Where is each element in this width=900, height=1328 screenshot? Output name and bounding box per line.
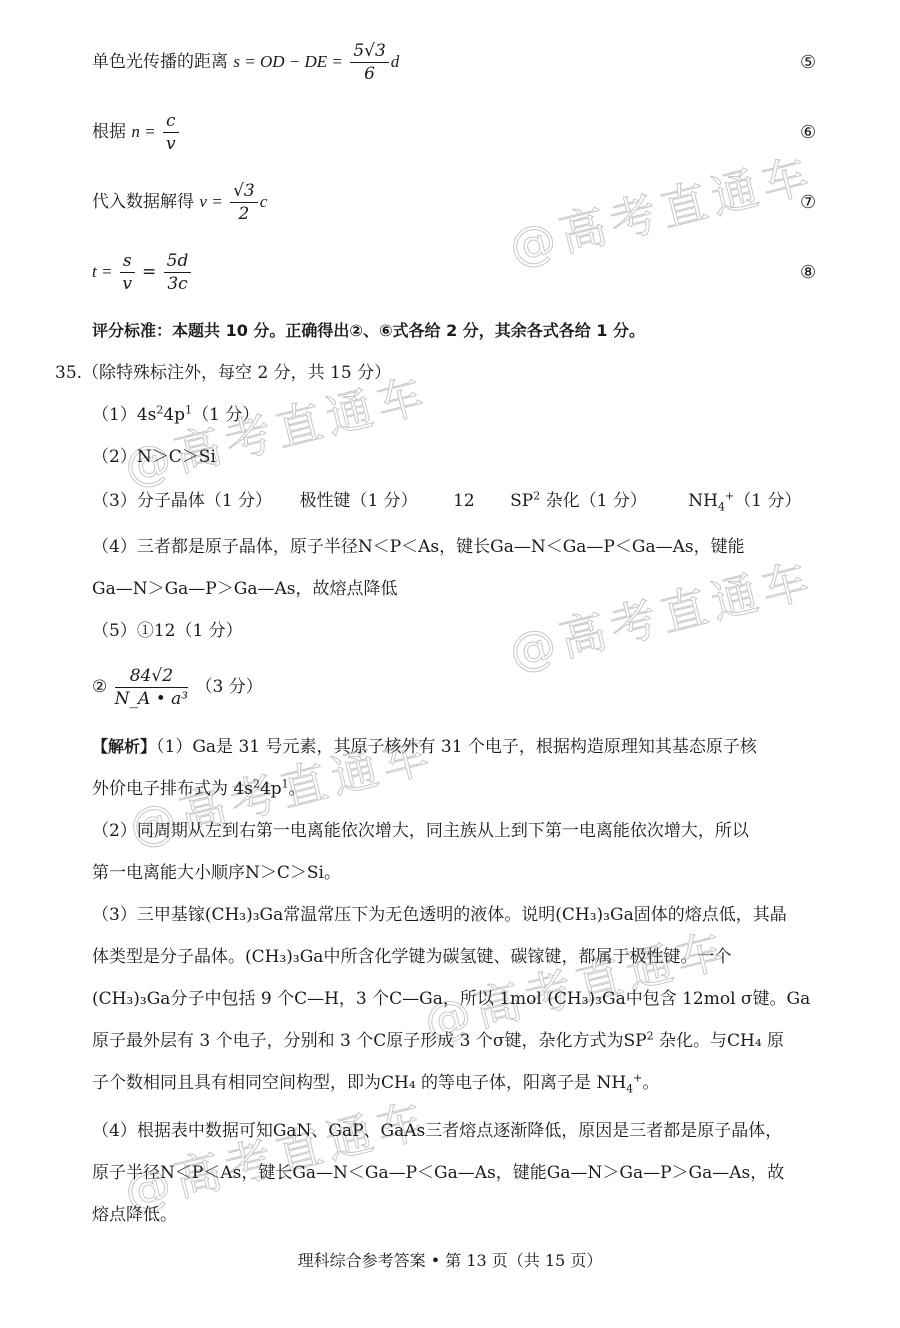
watermark: @高考直通车 (502, 138, 821, 278)
eq-suffix: d (391, 52, 400, 71)
text: （3 分） (196, 677, 263, 697)
fraction: 5√36 (350, 40, 388, 85)
text: 原子最外层有 3 个电子，分别和 3 个C原子形成 3 个σ键，杂化方式为SP (92, 1031, 647, 1051)
question-35-header: 35.（除特殊标注外，每空 2 分，共 15 分） (55, 362, 391, 384)
equation-label: ⑦ (800, 192, 816, 213)
analysis-line-7: (CH₃)₃Ga分子中包括 9 个C—H，3 个C—Ga，所以 1mol (CH… (92, 988, 810, 1010)
superscript: 1 (185, 403, 192, 416)
eq-suffix: c (260, 192, 268, 211)
eq-lhs: n = (131, 122, 155, 141)
answer-3: （3）分子晶体（1 分） 极性键（1 分） 12 SP2 杂化（1 分） NH4… (92, 490, 801, 512)
denominator: v (120, 273, 135, 295)
analysis-line-8: 原子最外层有 3 个电子，分别和 3 个C原子形成 3 个σ键，杂化方式为SP2… (92, 1030, 784, 1052)
numerator: 5d (164, 250, 192, 273)
denominator: v (163, 133, 179, 155)
text: 杂化（1 分） (540, 491, 647, 511)
analysis-line-4: 第一电离能大小顺序N＞C＞Si。 (92, 862, 341, 884)
equation-6: 根据 n = cv (92, 110, 181, 155)
equation-label: ⑤ (800, 52, 816, 73)
grading-criteria: 评分标准：本题共 10 分。正确得出②、⑥式各给 2 分，其余各式各给 1 分。 (92, 320, 645, 342)
numerator: c (163, 110, 179, 133)
eq-lhs: s = OD − DE = (233, 52, 343, 71)
eq-text: 代入数据解得 (92, 192, 194, 212)
numerator: √3 (230, 180, 258, 203)
fraction: cv (163, 110, 179, 155)
text: （3）分子晶体（1 分） (92, 491, 272, 511)
text: 。 (289, 779, 306, 799)
text: 。 (642, 1073, 659, 1093)
fraction: 84√2N_A • a³ (115, 665, 188, 710)
numerator: 84√2 (115, 665, 188, 688)
analysis-line-12: 熔点降低。 (92, 1204, 177, 1226)
text: （1）Ga是 31 号元素，其原子核外有 31 个电子，根据构造原理知其基态原子… (156, 737, 757, 757)
analysis-line-3: （2）同周期从左到右第一电离能依次增大，同主族从上到下第一电离能依次增大，所以 (92, 820, 749, 842)
analysis-line-1: 【解析】（1）Ga是 31 号元素，其原子核外有 31 个电子，根据构造原理知其… (92, 736, 757, 758)
eq-lhs: t = (92, 262, 112, 281)
equation-label: ⑧ (800, 262, 816, 283)
analysis-line-9: 子个数相同且具有相同空间构型，即为CH₄ 的等电子体，阳离子是 NH4+。 (92, 1072, 659, 1094)
text: 12 (453, 491, 475, 511)
answer-5-1: （5）①12（1 分） (92, 620, 243, 642)
analysis-line-10: （4）根据表中数据可知GaN、GaP、GaAs三者熔点逐渐降低，原因是三者都是原… (92, 1120, 782, 1142)
text: NH (688, 491, 718, 511)
text: 极性键（1 分） (299, 491, 417, 511)
text: 4p (163, 405, 185, 425)
text: 杂化。与CH₄ 原 (654, 1031, 784, 1051)
superscript: + (725, 489, 734, 502)
fraction: 5d3c (164, 250, 192, 295)
analysis-tag: 【解析】 (92, 737, 156, 756)
denominator: 2 (230, 203, 258, 225)
equation-7: 代入数据解得 v = √32c (92, 180, 267, 225)
subscript: 4 (718, 500, 725, 513)
watermark: @高考直通车 (502, 543, 821, 683)
superscript: 2 (253, 777, 260, 790)
text: （1 分） (734, 491, 801, 511)
text: SP (510, 491, 533, 511)
eq-lhs: v = (199, 192, 222, 211)
answer-5-2: ② 84√2N_A • a³ （3 分） (92, 665, 263, 710)
analysis-line-11: 原子半径N＜P＜As，键长Ga—N＜Ga—P＜Ga—As，键能Ga—N＞Ga—P… (92, 1162, 784, 1184)
text: 子个数相同且具有相同空间构型，即为CH₄ 的等电子体，阳离子是 NH (92, 1073, 626, 1093)
watermark: @高考直通车 (117, 1083, 436, 1223)
equals: = (142, 262, 156, 282)
page-footer: 理科综合参考答案 • 第 13 页（共 15 页） (0, 1248, 900, 1271)
denominator: 3c (164, 273, 192, 295)
equation-label: ⑥ (800, 122, 816, 143)
numerator: s (120, 250, 135, 273)
answer-1: （1）4s24p1（1 分） (92, 404, 259, 426)
superscript: 2 (647, 1029, 654, 1042)
numerator: 5√3 (350, 40, 388, 63)
fraction: √32 (230, 180, 258, 225)
answer-2: （2）N＞C＞Si (92, 446, 216, 468)
equation-5: 单色光传播的距离 s = OD − DE = 5√36d (92, 40, 399, 85)
analysis-line-5: （3）三甲基镓(CH₃)₃Ga常温常压下为无色透明的液体。说明(CH₃)₃Ga固… (92, 904, 787, 926)
fraction: sv (120, 250, 135, 295)
superscript: + (633, 1071, 642, 1084)
subscript: 4 (626, 1082, 633, 1095)
answer-4-line-2: Ga—N＞Ga—P＞Ga—As，故熔点降低 (92, 578, 397, 600)
text: ② (92, 677, 107, 697)
analysis-line-2: 外价电子排布式为 4s24p1。 (92, 778, 306, 800)
eq-text: 单色光传播的距离 (92, 52, 228, 72)
eq-text: 根据 (92, 122, 126, 142)
text: （1 分） (192, 405, 259, 425)
denominator: N_A • a³ (115, 688, 188, 710)
denominator: 6 (350, 63, 388, 85)
text: 4p (260, 779, 282, 799)
analysis-line-6: 体类型是分子晶体。(CH₃)₃Ga中所含化学键为碳氢键、碳镓键，都属于极性键。一… (92, 946, 731, 968)
equation-8: t = sv = 5d3c (92, 250, 193, 295)
text: 外价电子排布式为 4s (92, 779, 253, 799)
superscript: 1 (282, 777, 289, 790)
text: （1）4s (92, 405, 156, 425)
answer-4-line-1: （4）三者都是原子晶体，原子半径N＜P＜As，键长Ga—N＜Ga—P＜Ga—As… (92, 536, 745, 558)
